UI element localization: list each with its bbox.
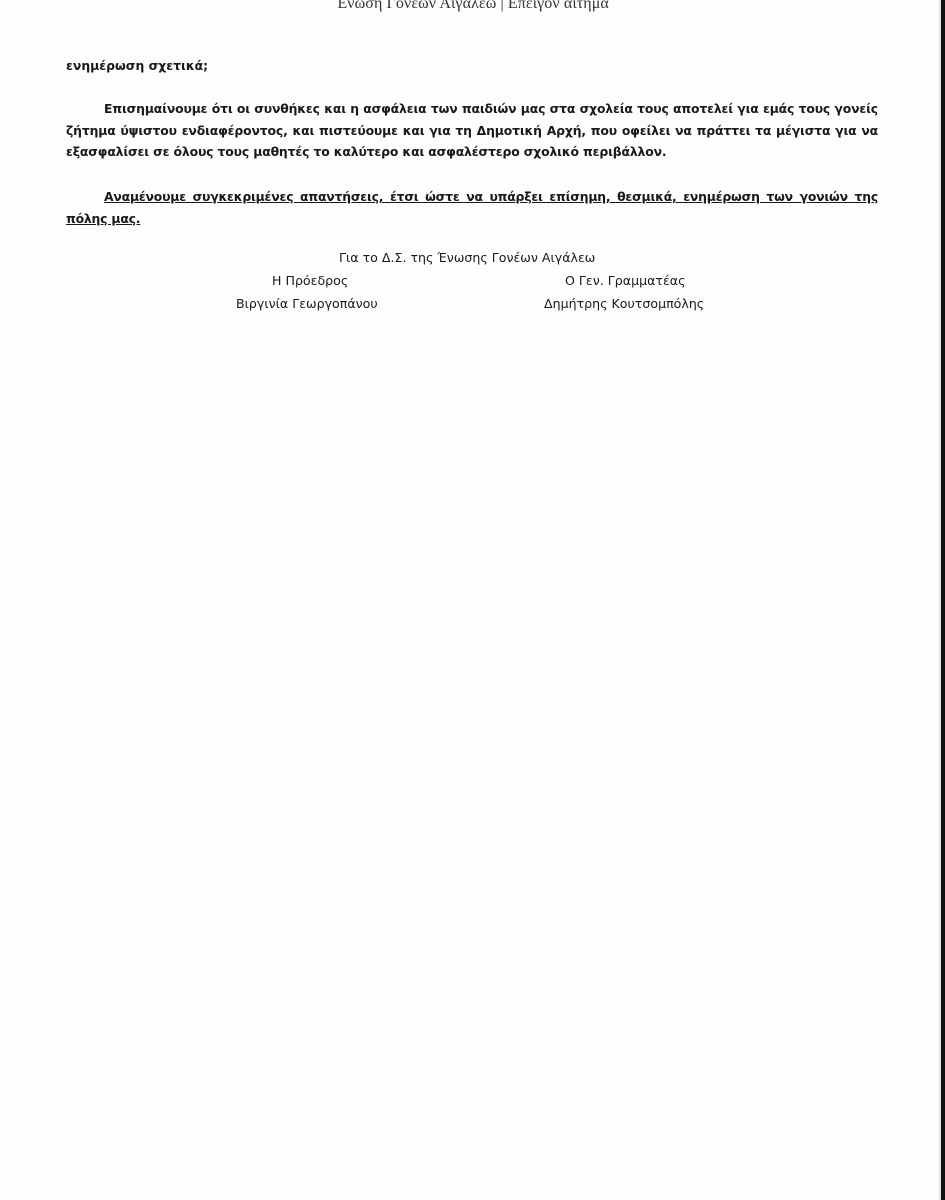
signature-secretary-name: Δημήτρης Κουτσομπόλης <box>544 296 704 311</box>
page-right-border <box>941 0 945 1200</box>
paragraph-await-answers: Αναμένουμε συγκεκριμένες απαντήσεις, έτσ… <box>66 186 878 229</box>
signature-president-name: Βιργινία Γεωργοπάνου <box>236 296 378 311</box>
intro-line: ενημέρωση σχετικά; <box>66 58 878 73</box>
paragraph-main: Επισημαίνουμε ότι οι συνθήκες και η ασφά… <box>66 98 878 163</box>
signature-president-role: Η Πρόεδρος <box>272 273 348 288</box>
document-header: Ένωση Γονέων Αιγάλεω | Επείγον αίτημα <box>0 0 945 13</box>
document-page: Ένωση Γονέων Αιγάλεω | Επείγον αίτημα εν… <box>0 0 945 1200</box>
signature-organization: Για το Δ.Σ. της Ένωσης Γονέων Αιγάλεω <box>339 250 595 265</box>
signature-secretary-role: Ο Γεν. Γραμματέας <box>565 273 686 288</box>
